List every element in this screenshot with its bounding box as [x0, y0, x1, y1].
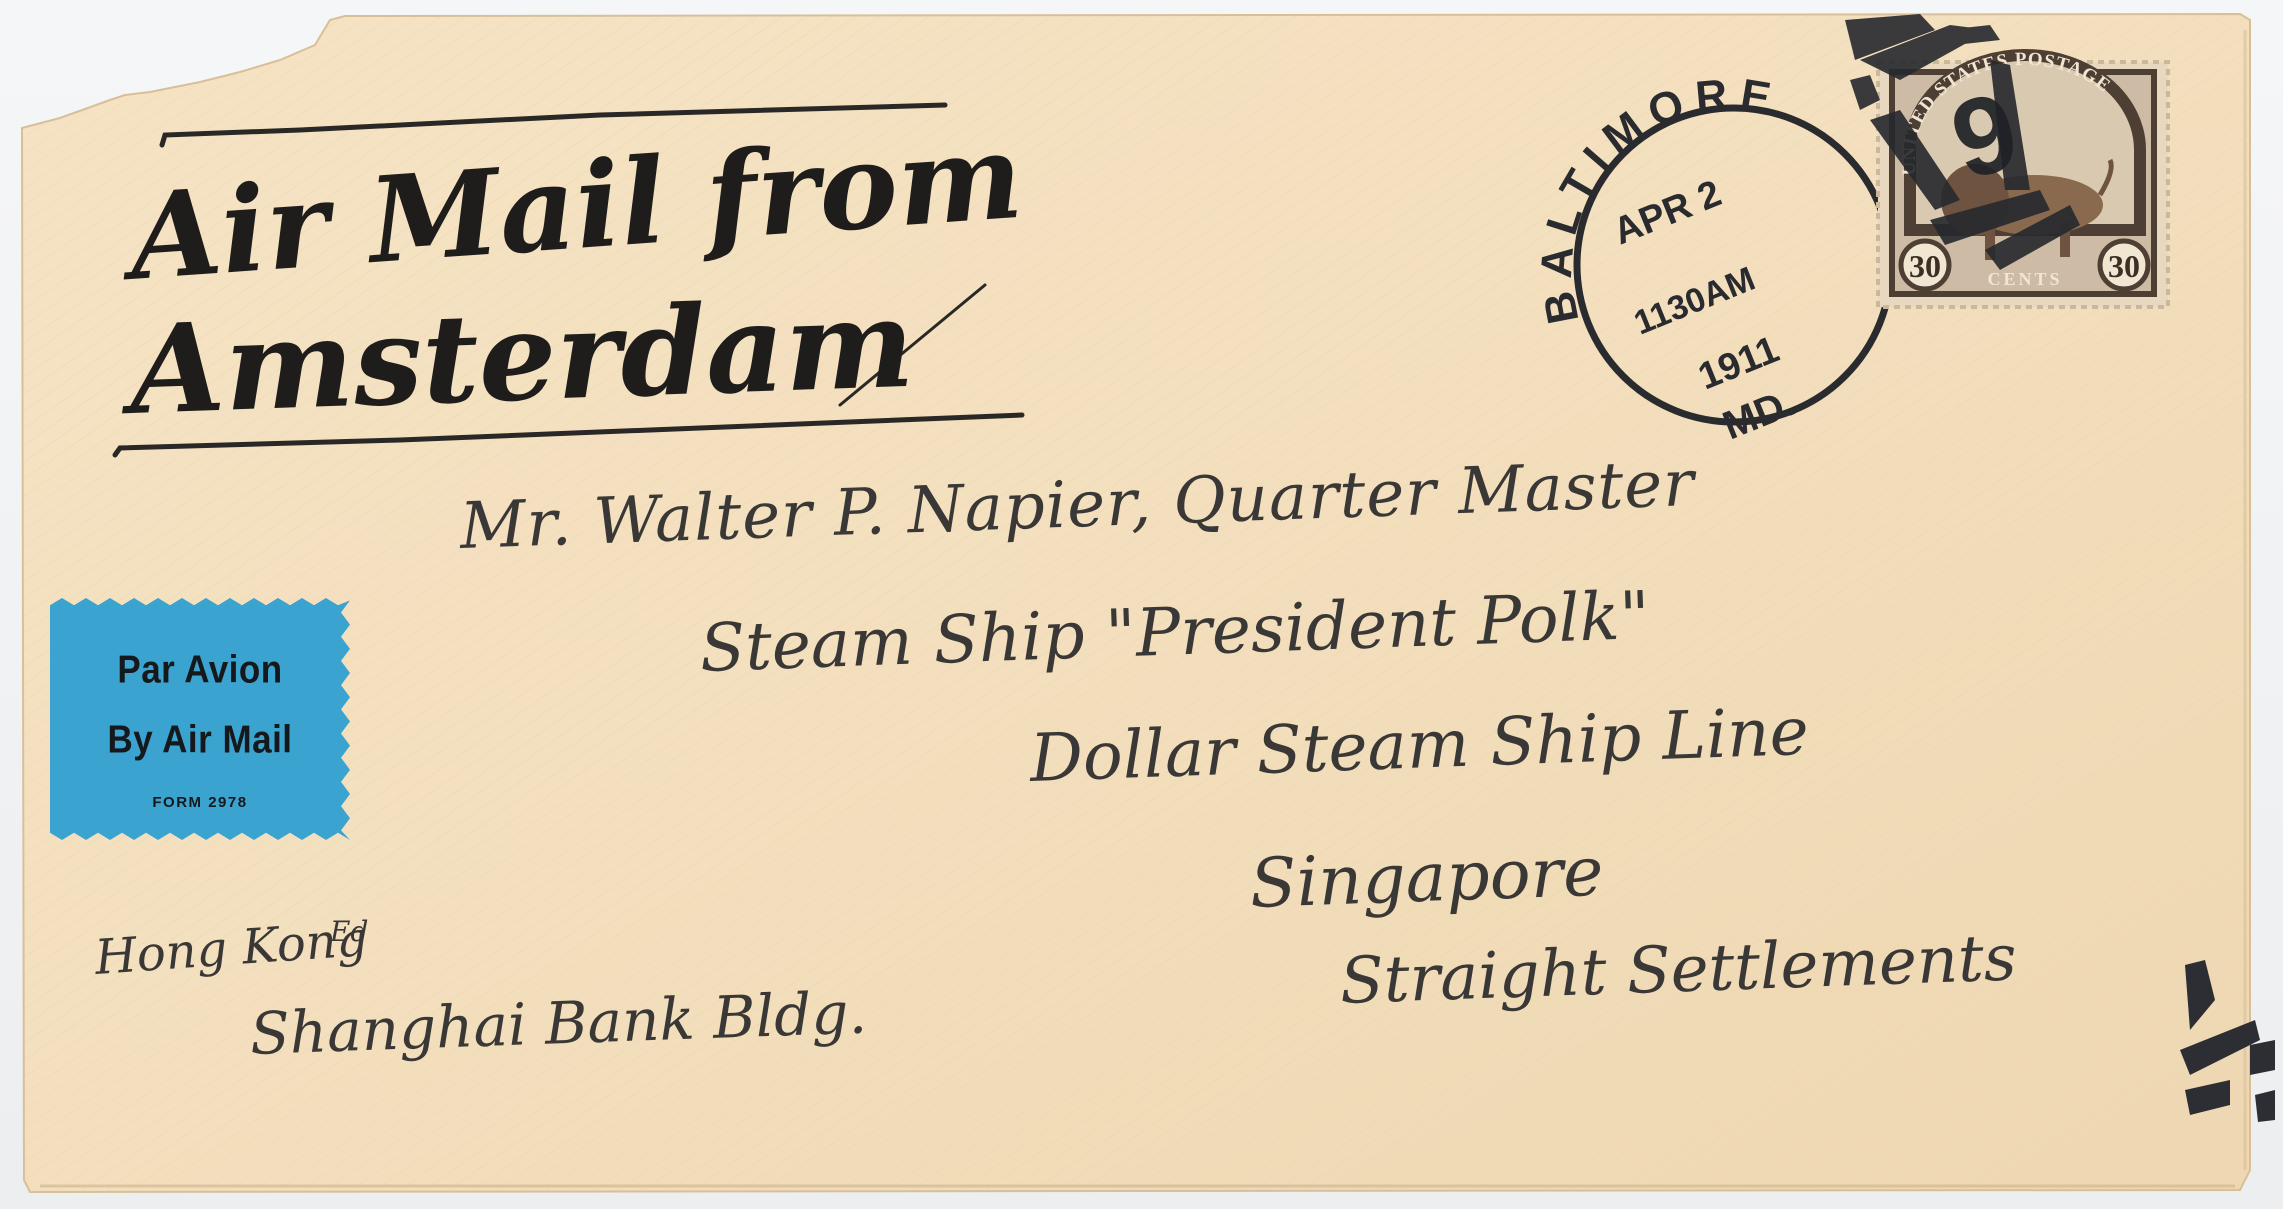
- airmail-label: Par Avion By Air Mail FORM 2978: [50, 598, 350, 840]
- address-line-4: Singapore: [1249, 833, 1605, 924]
- sender-note-superscript: Ed: [330, 915, 368, 948]
- stamp-value-left: 30: [1909, 248, 1941, 284]
- airmail-label-line2: By Air Mail: [50, 718, 350, 763]
- airmail-label-form: FORM 2978: [50, 794, 350, 811]
- airmail-label-line1: Par Avion: [50, 648, 350, 693]
- routing-note-line2: Amsterdam: [127, 271, 916, 442]
- stamp-value-right: 30: [2108, 248, 2140, 284]
- stamp-denomination: CENTS: [1987, 269, 2062, 289]
